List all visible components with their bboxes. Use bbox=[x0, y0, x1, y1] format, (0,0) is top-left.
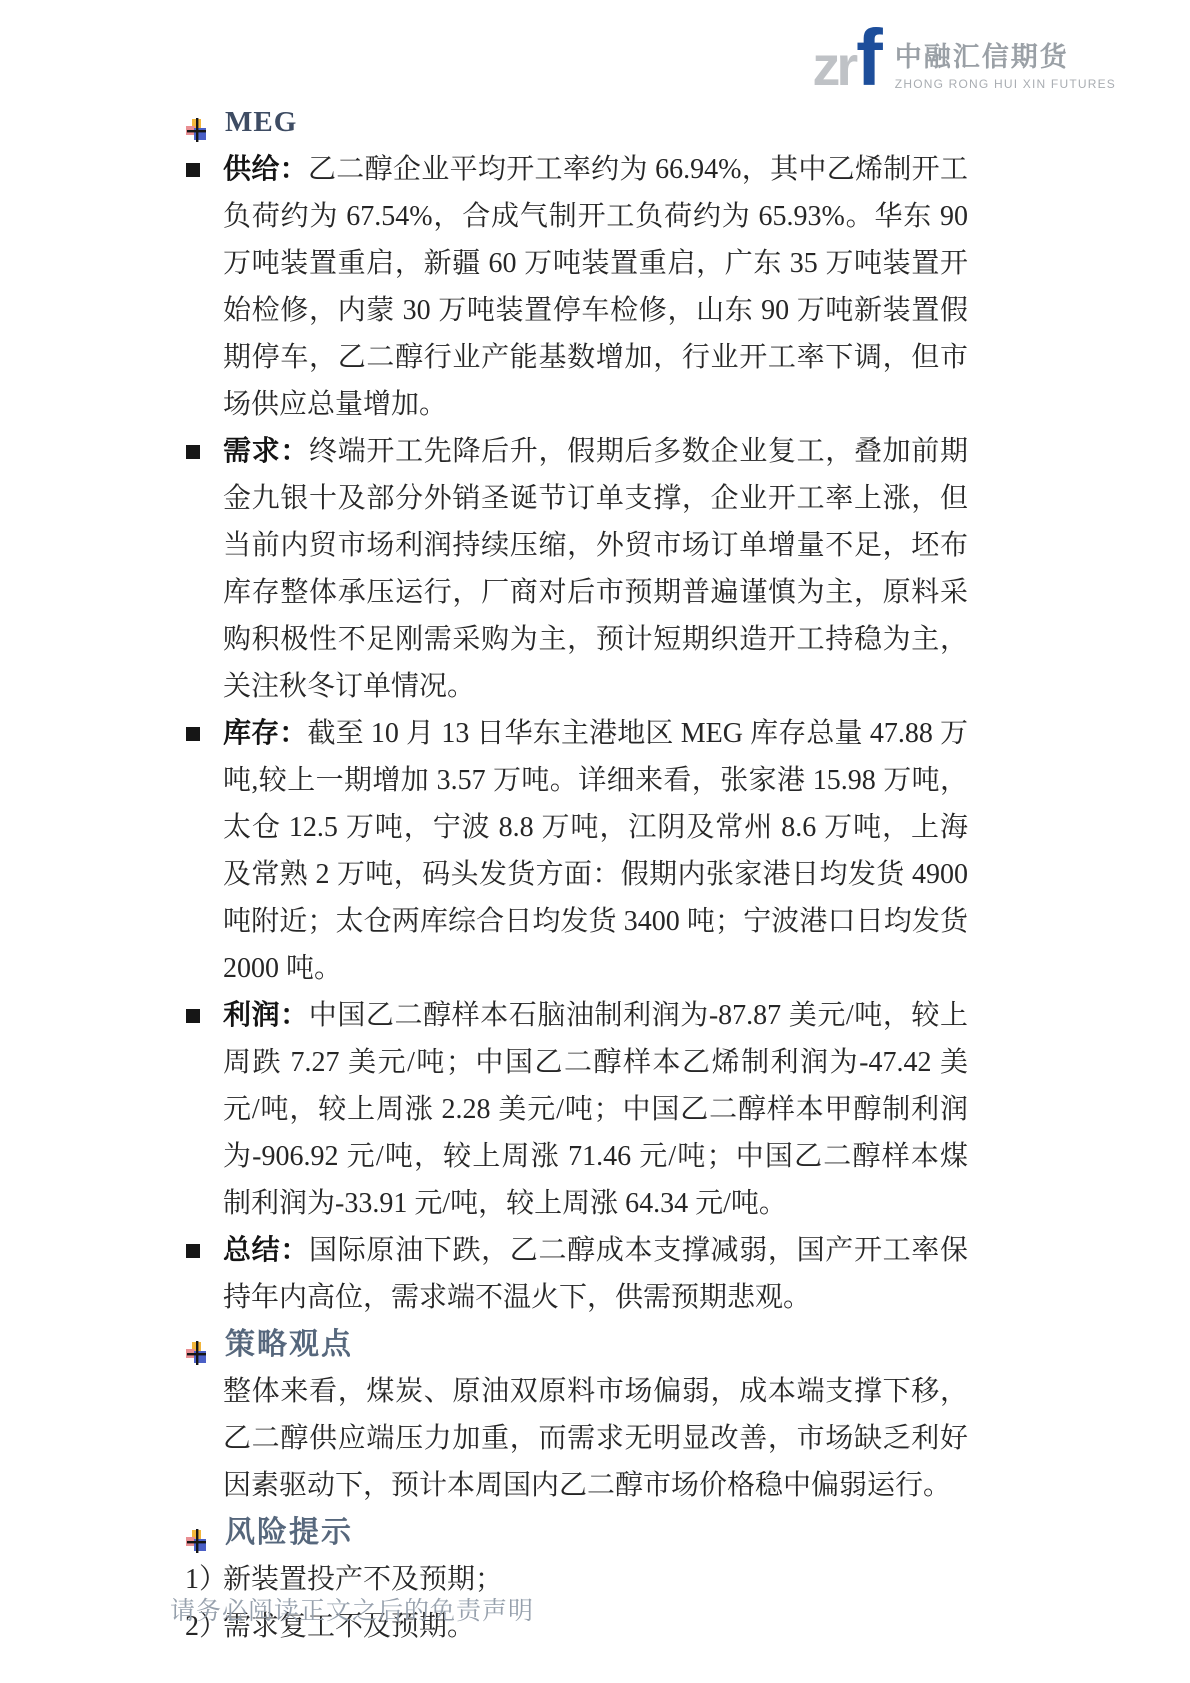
strategy-section-heading: 策略观点 bbox=[185, 1321, 968, 1368]
strategy-paragraph: 整体来看，煤炭、原油双原料市场偏弱，成本端支撑下移，乙二醇供应端压力加重，而需求… bbox=[185, 1368, 968, 1509]
meg-item-summary: 总结：国际原油下跌，乙二醇成本支撑减弱，国产开工率保持年内高位，需求端不温火下，… bbox=[185, 1227, 968, 1321]
logo-zrf-mark: zrf bbox=[812, 18, 882, 98]
square-bullet-icon bbox=[186, 445, 200, 459]
item-text: 乙二醇企业平均开工率约为 66.94%，其中乙烯制开工负荷约为 67.54%，合… bbox=[223, 154, 968, 420]
meg-item-profit: 利润：中国乙二醇样本石脑油制利润为-87.87 美元/吨，较上周跌 7.27 美… bbox=[185, 992, 968, 1227]
meg-section-title: MEG bbox=[225, 106, 297, 138]
section-bullet-icon bbox=[185, 1520, 207, 1567]
logo-wordmark: 中融汇信期货 ZHONG RONG HUI XIN FUTURES bbox=[895, 42, 1116, 91]
square-bullet-icon bbox=[186, 727, 200, 741]
item-label: 需求： bbox=[223, 436, 309, 467]
section-bullet-icon bbox=[185, 1332, 207, 1379]
item-text: 截至 10 月 13 日华东主港地区 MEG 库存总量 47.88 万吨,较上一… bbox=[223, 718, 968, 984]
meg-section-heading: MEG bbox=[185, 99, 968, 146]
item-text: 终端开工先降后升，假期后多数企业复工，叠加前期金九银十及部分外销圣诞节订单支撑，… bbox=[223, 436, 968, 702]
logo-zr-letters: zr bbox=[812, 34, 854, 97]
item-text: 中国乙二醇样本石脑油制利润为-87.87 美元/吨，较上周跌 7.27 美元/吨… bbox=[223, 1000, 968, 1219]
item-label: 供给： bbox=[223, 154, 308, 185]
risk-section-heading: 风险提示 bbox=[185, 1509, 968, 1556]
item-label: 总结： bbox=[223, 1235, 309, 1266]
logo-f-letter: f bbox=[856, 13, 883, 102]
risk-section-title: 风险提示 bbox=[225, 1516, 353, 1549]
item-label: 库存： bbox=[223, 718, 307, 749]
company-name-en: ZHONG RONG HUI XIN FUTURES bbox=[895, 77, 1116, 91]
company-name-cn: 中融汇信期货 bbox=[895, 42, 1116, 73]
item-label: 利润： bbox=[223, 1000, 309, 1031]
square-bullet-icon bbox=[186, 163, 200, 177]
meg-item-inventory: 库存：截至 10 月 13 日华东主港地区 MEG 库存总量 47.88 万吨,… bbox=[185, 710, 968, 992]
square-bullet-icon bbox=[186, 1244, 200, 1258]
disclaimer-footer: 请务必阅读正文之后的免责声明 bbox=[170, 1591, 534, 1627]
meg-item-supply: 供给：乙二醇企业平均开工率约为 66.94%，其中乙烯制开工负荷约为 67.54… bbox=[185, 146, 968, 428]
report-page: zrf 中融汇信期货 ZHONG RONG HUI XIN FUTURES ME… bbox=[0, 0, 1190, 1683]
meg-item-demand: 需求：终端开工先降后升，假期后多数企业复工，叠加前期金九银十及部分外销圣诞节订单… bbox=[185, 428, 968, 710]
company-logo: zrf 中融汇信期货 ZHONG RONG HUI XIN FUTURES bbox=[812, 18, 1116, 98]
item-text: 国际原油下跌，乙二醇成本支撑减弱，国产开工率保持年内高位，需求端不温火下，供需预… bbox=[223, 1235, 968, 1313]
report-body: MEG 供给：乙二醇企业平均开工率约为 66.94%，其中乙烯制开工负荷约为 6… bbox=[185, 99, 968, 1650]
strategy-section-title: 策略观点 bbox=[225, 1328, 353, 1361]
square-bullet-icon bbox=[186, 1009, 200, 1023]
